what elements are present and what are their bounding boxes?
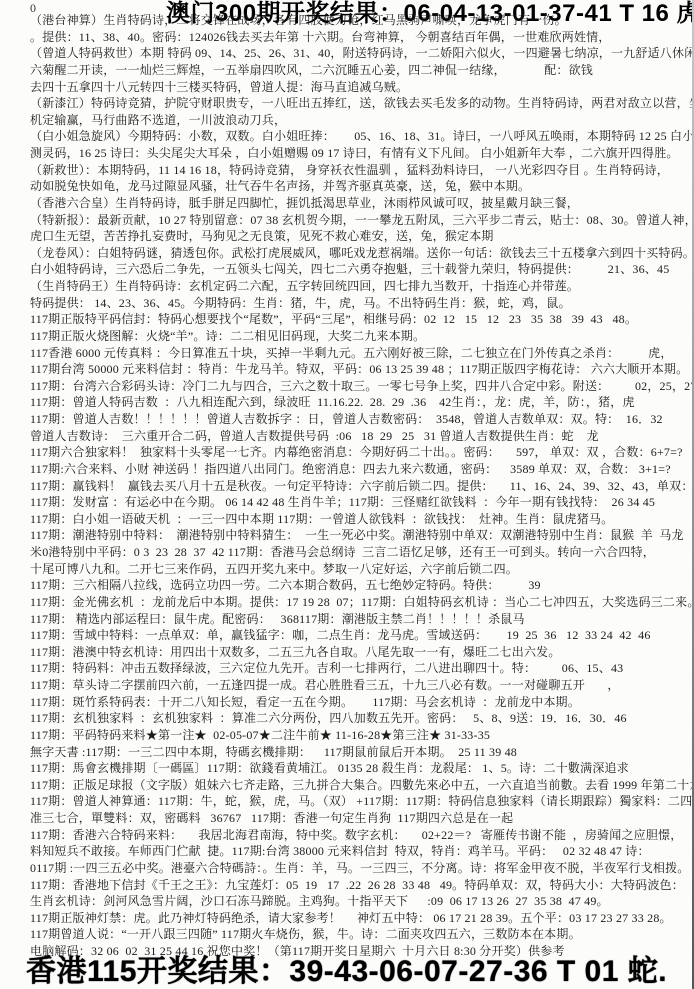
text-line: 117期：香港地下信封《千王之王》：九宝莲灯：05 19 17 .22 26 2… bbox=[30, 877, 692, 894]
text-line: 117期：馬會玄機排期〔一碼區〕117期：欲錢看黄埔江。 0135 28 殺生肖… bbox=[30, 760, 692, 777]
text-line: 117期：潮港特别中特料： 潮港特别中特料猜生： 一生一死必中奖。潮港特别中单双… bbox=[30, 527, 692, 544]
text-line: 0117期 :一四三五必中奖。港臺六合特碼詩：。生肖：羊，马。一三四三，不分离。… bbox=[30, 860, 692, 877]
text-line: 六菊醒二开读，一一灿烂三辉煌，一五举扇四吹风，二六沉睡五心姜，四二神侃一结缘， … bbox=[30, 62, 692, 79]
text-line: （新救世）：本期特码，11 14 16 18，特码诗竞猜， 身穿袄衣性温驯 ，猛… bbox=[30, 162, 692, 179]
text-line: 117期：香港六合特码来料： 我居北海君南海，特中奖。数字玄机： 02+22＝?… bbox=[30, 827, 692, 844]
text-line: 虎口生无望，苦苦挣扎妄费时，马狗见之无良策，见死不救心难安，送，兔，猴定本期 bbox=[30, 228, 692, 245]
text-line: 117期：白小姐一语破天机 ：一三一四中本期 117期：一曾道人欲钱料 ：欲钱找… bbox=[30, 511, 692, 528]
text-line: 117期曾道人说：“一开八跟三四随” 117期火车烧伤，猴，牛。诗：二面夹攻四五… bbox=[30, 926, 692, 943]
text-line: 曾道人吉数诗： 三六重开合二码，曾道人吉数提供号码 :06 18 29 25 3… bbox=[30, 428, 692, 445]
text-line: 117期：草头诗二字摆前四六前，一五逢四提一成。君心胜胜看三五，十九三八必有数。… bbox=[30, 677, 692, 694]
text-line: 117期台湾 50000 元来料信封 ：特肖：牛龙马羊。特双，平码：06 13 … bbox=[30, 361, 692, 378]
text-line: 准三七合，單雙料：双，密碼料 36767 117期：香港一句定生肖狗 117期四… bbox=[30, 810, 692, 827]
text-line: （港台神算）生肖特码诗，二将交锋在战场，各有四肢使刀枪，红马黑驹声嘶唤，龙争虎门… bbox=[30, 12, 692, 29]
text-line: 生肖玄机诗：剑河风急雪片阔，沙口石冻马蹄脱。主鸡狗。十指平天下 :09 06 1… bbox=[30, 893, 692, 910]
text-line: 米0港特别中平码：0 3 23 28 37 42 117期：香港马会总纲诗 三言… bbox=[30, 544, 692, 561]
text-line: 117期正版火烧图解：火烧“羊”。诗：二二相见旧码现，大奖二九来本期。 bbox=[30, 328, 692, 345]
text-line: 117期：曾道人特码吉数 ：八九相连配六到，绿波旺 11.16.22. 28. … bbox=[30, 394, 692, 411]
text-line: （香港六合皇）生肖特码诗，胝手胼足四脚忙，捱饥抵渴思草业，沐雨栉风诚可叹，披星戴… bbox=[30, 195, 692, 212]
text-line: 117期：金光佛玄机 ：龙前龙后中本期。提供：17 19 28 07；117期：… bbox=[30, 594, 692, 611]
text-line: 117期：赢钱料！ 赢钱去买八月十五是秋夜。一句定平特诗：六字前后锁二四。提供：… bbox=[30, 478, 692, 495]
text-line: 。提供：11、38、40。密码：124026钱去买去年第 十六期。台弯神算， 今… bbox=[30, 29, 692, 46]
text-line: 117期：港澳中特玄机诗：用四出十双数多，二五三九各自取。八尾先取一一有，爆旺二… bbox=[30, 644, 692, 661]
text-line: 117期正版特平码信封：特码心想要找个“尾数”，平码“三尾”，相继号码：02 1… bbox=[30, 311, 692, 328]
text-line: 117期：曾道人吉数！！！！！！曾道人吉数拆字 ：日，曾道人吉数密码： 3548… bbox=[30, 411, 692, 428]
text-line: （生肖特码王）生肖特码诗：玄机定码二六配，五字转回统四回，四七排九当数开，十指连… bbox=[30, 278, 692, 295]
text-line: 117香港 6000 元传真料 ：今日算准五十块，买掉一半剩九元。五六刚好被三除… bbox=[30, 345, 692, 362]
text-line: 117期：平码特码来料★第一注★ 02-05-07★二注牛前★ 11-16-28… bbox=[30, 727, 692, 744]
text-line: 117期：斑竹系特码表：十开二八知长短，看定一五在今期。 117期：马会玄机诗 … bbox=[30, 694, 692, 711]
text-line: 十尾可博八九和。二开七三来作码，五四开奖九来中。梦取一八定好运，六字前后锁二四。 bbox=[30, 561, 692, 578]
text-line: 117期：雪域中特料：一点单双：单，赢钱猛字：咖，二点生肖：龙马虎。雪域送码： … bbox=[30, 627, 692, 644]
footer-result: 香港115开奖结果：39-43-06-07-27-36 T 01 蛇. bbox=[26, 955, 667, 989]
text-line: 117期六合独家料！ 独家料十头零尾一七齐。内幕绝密消息：今期好码二十出。。密码… bbox=[30, 444, 692, 461]
text-line: 117期：台湾六合彩码头诗：冷门二九与四合，三六之数十取三。一零七号争上奖，四井… bbox=[30, 378, 692, 395]
text-line: 117期:六合来料、小财 神送码 ！指四道八出同门。绝密消息：四去九来六数通，密… bbox=[30, 461, 692, 478]
text-line: 白小姐特码诗，三六恐后二争先，一五领头七闯关，四七二六勇夺抱魁，三十载誉九荣归，… bbox=[30, 261, 692, 278]
text-line: 無字天書 :117期：一三二四中本期，特碼玄機排期： 117期鼠前鼠后开本期。 … bbox=[30, 744, 692, 761]
text-line: （龙卷风）：白姐特码谜，猜透包你。武松打虎展威风，哪吒戏龙惹祸端。送你一句话：欲… bbox=[30, 245, 692, 262]
text-line: （新漆江）特码诗竞猜，护院守财职贵专，一八旺出五捧红，送，欲钱去买毛发多的动物。… bbox=[30, 95, 692, 112]
text-line: 117期： 精选内部运程曰：鼠牛虎。配密码： 368117期：潮港版主禁二肖！！… bbox=[30, 611, 692, 628]
document-body: （港台神算）生肖特码诗，二将交锋在战场，各有四肢使刀枪，红马黑驹声嘶唤，龙争虎门… bbox=[30, 12, 692, 960]
text-line: 117期正版神灯禁：虎。此乃神灯特码绝杀，请大家参考！ 神灯五中特： 06 17… bbox=[30, 910, 692, 927]
text-line: 机定输赢，马行曲路不选道，一川波浪动刀兵， bbox=[30, 112, 692, 129]
text-line: 特码提供： 14、23、36、45。今期特码：生肖：猪，牛，虎，马。不出特码生肖… bbox=[30, 295, 692, 312]
text-line: 117期：特码料：冲击五数择绿波，三六定位九先开。吉利一七排两行，二八进出聊四十… bbox=[30, 660, 692, 677]
text-line: （特新报）：最新贡献，10 27 特别留意：07 38 玄机贺今期，一一攀龙五附… bbox=[30, 212, 692, 229]
text-line: 去四十五拿四十八元转四十三楼买特码，曾道人提：海马直追减乌贼。 bbox=[30, 79, 692, 96]
text-line: 测灵码，16 25 诗曰：头尖尾尖大耳朵 ，白小姐赠赐 09 17 诗曰，有情有… bbox=[30, 145, 692, 162]
scanned-lottery-sheet: 0 澳门300期开奖结果：06-04-13-01-37-41 T 16 虎 （港… bbox=[0, 0, 694, 989]
text-line: （曾道人特码救世）本期 特码 09、14、25、26、31、40，附送特码诗，一… bbox=[30, 45, 692, 62]
text-line: 117期：发财富 ：有运必中在今期。 06 14 42 48 生肖牛羊；117期… bbox=[30, 494, 692, 511]
text-line: 料知短兵不敢接。车师西门伫献 捷。117期:台湾 38000 元来料信封 特双，… bbox=[30, 843, 692, 860]
text-line: 动如脱兔快如龟，龙马过隙显风骚，壮气吞牛名声扬，并驾齐驱真英豪，送，兔，猴中本期… bbox=[30, 178, 692, 195]
text-line: （白小姐急旋风）今期特码：小数，双数。白小姐旺捧： 05、16、18、31。诗曰… bbox=[30, 128, 692, 145]
text-line: 117期：三六相隔八拉线，选码立功四一劳。二六本期合数码，五七绝妙定特码。特供：… bbox=[30, 577, 692, 594]
text-line: 117期：玄机独家料 ：玄机独家料 ：算准二六分两份，四八加数五先开。密码： 5… bbox=[30, 710, 692, 727]
text-line: 117期：曾道人神算通：117期：牛，蛇，猴，虎，马。（双） +117期：117… bbox=[30, 793, 692, 810]
text-line: 117期：正版足球报（文字版）姐妹六七齐走路，三九拼合大集合。四數先來必中五，一… bbox=[30, 777, 692, 794]
